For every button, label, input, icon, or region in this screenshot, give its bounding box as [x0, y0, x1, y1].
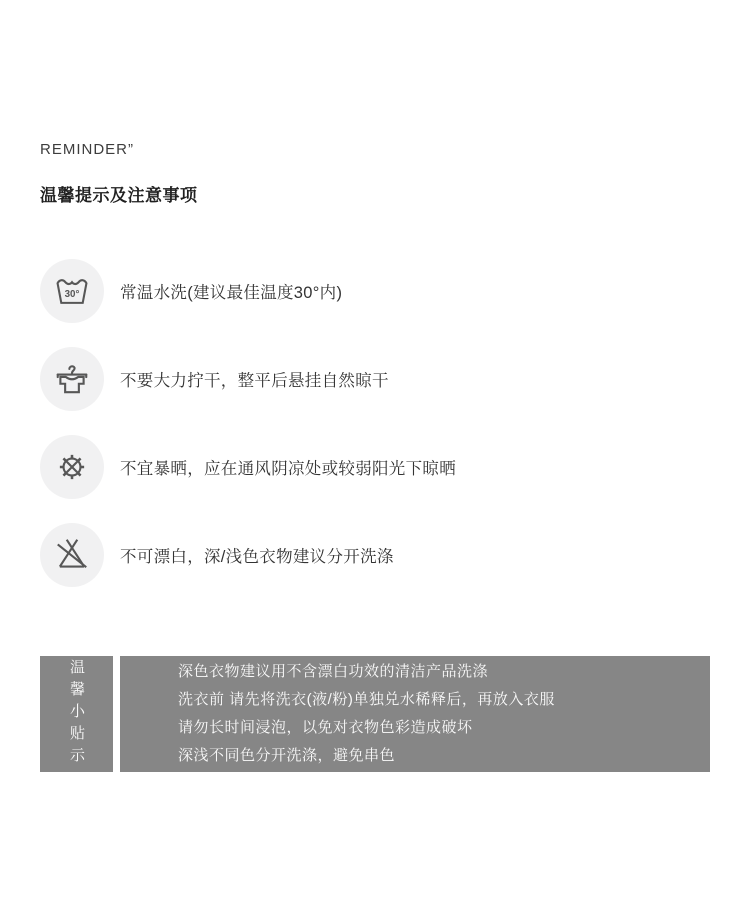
- tip-line: 洗衣前 请先将洗衣(液/粉)单独兑水稀释后，再放入衣服: [178, 686, 710, 714]
- care-item-label: 不宜暴晒，应在通风阴凉处或较弱阳光下晾晒: [120, 455, 456, 479]
- care-item-no-sun: 不宜暴晒，应在通风阴凉处或较弱阳光下晾晒: [40, 435, 456, 499]
- care-item-label: 不要大力拧干，整平后悬挂自然晾干: [120, 367, 389, 391]
- care-item-hang-dry: 不要大力拧干，整平后悬挂自然晾干: [40, 347, 456, 411]
- section-title: 温馨提示及注意事项: [40, 181, 198, 206]
- tip-line: 深浅不同色分开洗涤，避免串色: [178, 742, 710, 770]
- care-list: 30° 常温水洗(建议最佳温度30°内) 不要大力拧干，整平后悬挂自然晾干: [40, 259, 456, 587]
- icon-circle: 30°: [40, 259, 104, 323]
- wash-30-icon: 30°: [53, 275, 91, 308]
- hang-dry-icon: [53, 360, 91, 398]
- icon-circle: [40, 523, 104, 587]
- no-bleach-icon: [53, 536, 91, 574]
- care-instructions-page: REMINDER” 温馨提示及注意事项 30° 常温水洗(建议最佳温度30°内): [0, 0, 750, 920]
- icon-circle: [40, 347, 104, 411]
- no-sun-icon: [53, 448, 91, 486]
- reminder-eyebrow: REMINDER”: [40, 141, 134, 158]
- tips-vertical-label: 温馨小贴示: [69, 659, 84, 769]
- care-item-label: 不可漂白，深/浅色衣物建议分开洗涤: [120, 543, 394, 567]
- icon-circle: [40, 435, 104, 499]
- tips-vertical-label-box: 温馨小贴示: [40, 656, 113, 772]
- tip-line: 深色衣物建议用不含漂白功效的清洁产品洗涤: [178, 658, 710, 686]
- tips-panel: 深色衣物建议用不含漂白功效的清洁产品洗涤 洗衣前 请先将洗衣(液/粉)单独兑水稀…: [120, 656, 710, 772]
- tips-section: 温馨小贴示 深色衣物建议用不含漂白功效的清洁产品洗涤 洗衣前 请先将洗衣(液/粉…: [40, 656, 710, 772]
- care-item-no-bleach: 不可漂白，深/浅色衣物建议分开洗涤: [40, 523, 456, 587]
- wash-temp-text: 30°: [65, 289, 80, 300]
- tip-line: 请勿长时间浸泡，以免对衣物色彩造成破坏: [178, 714, 710, 742]
- care-item-wash: 30° 常温水洗(建议最佳温度30°内): [40, 259, 456, 323]
- care-item-label: 常温水洗(建议最佳温度30°内): [120, 279, 342, 303]
